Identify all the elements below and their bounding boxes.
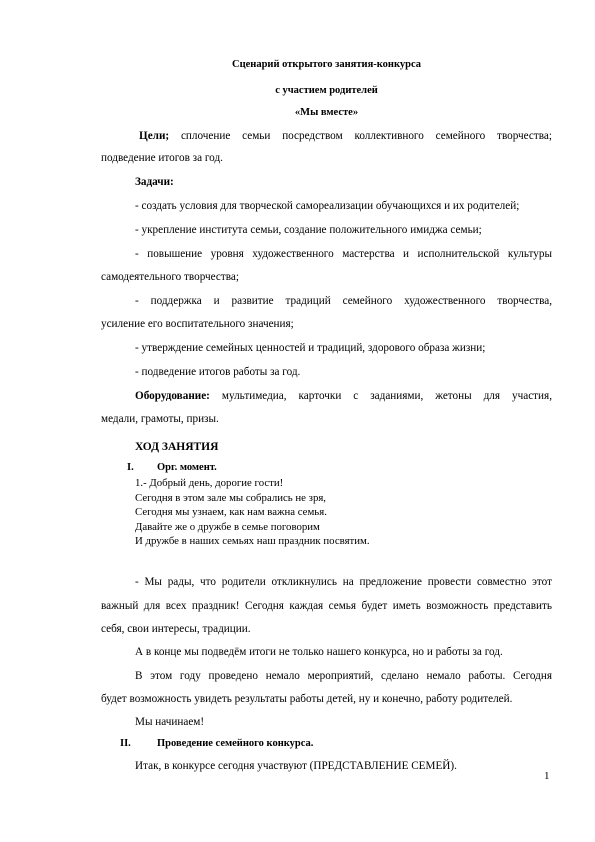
course-heading: ХОД ЗАНЯТИЯ xyxy=(135,441,218,454)
equipment-text: мультимедиа, карточки с заданиями, жетон… xyxy=(222,390,552,402)
paragraph-line: важный для всех праздник! Сегодня каждая… xyxy=(101,600,552,613)
task-item: - повышение уровня художественного масте… xyxy=(135,248,552,261)
poem-line: Сегодня мы узнаем, как нам важна семья. xyxy=(135,506,327,519)
document-page: Сценарий открытого занятия-конкурса с уч… xyxy=(0,0,595,842)
tasks-label: Задачи: xyxy=(135,176,174,189)
page-number: 1 xyxy=(544,770,550,782)
title-line-1: Сценарий открытого занятия-конкурса xyxy=(101,58,552,71)
paragraph-line: - Мы рады, что родители откликнулись на … xyxy=(135,576,552,589)
equipment-paragraph: Оборудование: мультимедиа, карточки с за… xyxy=(135,390,552,403)
closing-line: Итак, в конкурсе сегодня участвуют (ПРЕД… xyxy=(135,760,457,773)
section-1-title: Орг. момент. xyxy=(157,461,217,474)
section-1-numeral: I. xyxy=(127,461,134,474)
task-item: - утверждение семейных ценностей и тради… xyxy=(135,342,485,355)
task-item: - подведение итогов работы за год. xyxy=(135,366,300,379)
poem-line: Сегодня в этом зале мы собрались не зря, xyxy=(135,492,326,505)
goals-text-continued: подведение итогов за год. xyxy=(101,152,552,165)
goals-paragraph: Цели; сплочение семьи посредством коллек… xyxy=(101,130,552,143)
paragraph-line: будет возможность увидеть результаты раб… xyxy=(101,693,552,706)
poem-line: И дружбе в наших семьях наш праздник пос… xyxy=(135,535,370,548)
title-line-3: «Мы вместе» xyxy=(101,106,552,119)
poem-line: Давайте же о дружбе в семье поговорим xyxy=(135,521,320,534)
paragraph-line: А в конце мы подведём итоги не только на… xyxy=(135,646,503,659)
task-item: - укрепление института семьи, создание п… xyxy=(135,224,482,237)
task-item: - создать условия для творческой самореа… xyxy=(135,200,519,213)
task-item-continued: усиление его воспитательного значения; xyxy=(101,318,552,331)
poem-line: 1.- Добрый день, дорогие гости! xyxy=(135,477,283,490)
paragraph-line: себя, свои интересы, традиции. xyxy=(101,623,552,636)
task-item-continued: самодеятельного творчества; xyxy=(101,271,552,284)
equipment-text-continued: медали, грамоты, призы. xyxy=(101,413,552,426)
goals-text: сплочение семьи посредством коллективног… xyxy=(181,130,552,142)
goals-label: Цели; xyxy=(139,130,169,142)
equipment-label: Оборудование: xyxy=(135,390,210,402)
section-2-title: Проведение семейного конкурса. xyxy=(157,737,313,750)
title-line-2: с участием родителей xyxy=(101,84,552,97)
paragraph-line: В этом году проведено немало мероприятий… xyxy=(135,670,552,683)
task-item: - поддержка и развитие традиций семейног… xyxy=(135,295,552,308)
paragraph-line: Мы начинаем! xyxy=(135,716,204,729)
section-2-numeral: II. xyxy=(120,737,131,750)
